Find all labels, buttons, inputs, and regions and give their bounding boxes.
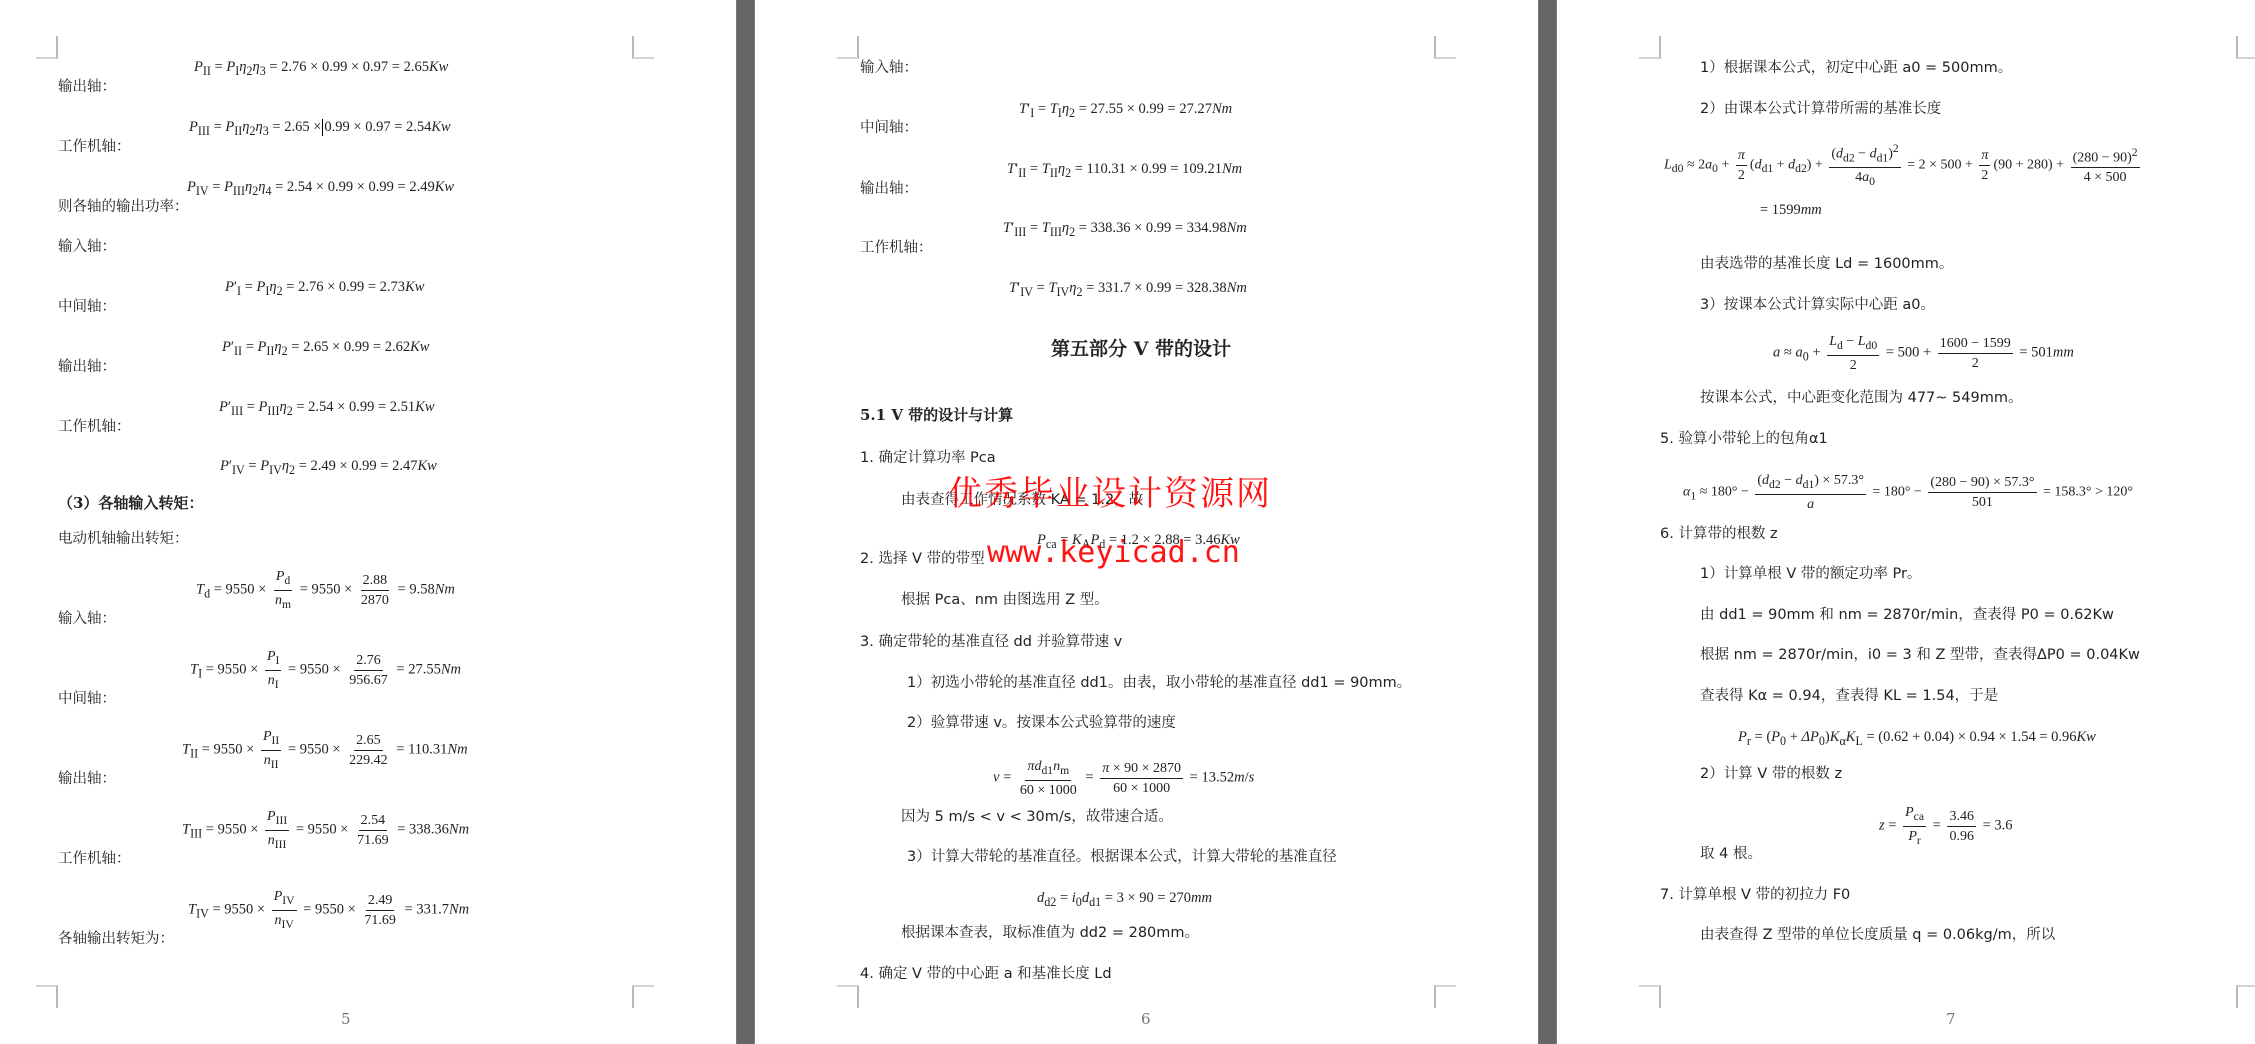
step-3-1: 1）初选小带轮的基准直径 dd1。由表，取小带轮的基准直径 dd1 = 90mm…	[907, 674, 1411, 692]
formula-t4-prime: T′IV = TIVη2 = 331.7 × 0.99 = 328.38Nm	[1009, 279, 1247, 301]
paragraph-speed-ok: 因为 5 m/s < v < 30m/s，故带速合适。	[901, 808, 1173, 826]
label-input-shaft: 输入轴：	[860, 59, 918, 77]
label-work-shaft: 工作机轴：	[860, 239, 933, 257]
formula-p2: PII = PIη2η3 = 2.76 × 0.99 × 0.97 = 2.65…	[194, 58, 448, 80]
margin-corner-mark	[1434, 985, 1456, 1008]
page-number: 6	[1141, 1010, 1151, 1028]
step-6-heading: 6. 计算带的根数 z	[1660, 525, 1778, 543]
paragraph-p0: 由 dd1 = 90mm 和 nm = 2870r/min，查表得 P0 = 0…	[1700, 606, 2114, 624]
formula-ld0-result: = 1599mm	[1760, 201, 1822, 219]
label-middle-shaft: 中间轴：	[58, 298, 116, 316]
step-4-1: 1）根据课本公式，初定中心距 a0 = 500mm。	[1700, 59, 2012, 77]
margin-corner-mark	[632, 36, 654, 59]
margin-corner-mark	[632, 985, 654, 1008]
page-gutter	[736, 0, 755, 1044]
step-4-2: 2）由课本公式计算带所需的基准长度	[1700, 100, 1941, 118]
label-input-shaft: 输入轴：	[58, 238, 116, 256]
step-4-3: 3）按课本公式计算实际中心距 a0。	[1700, 296, 1935, 314]
margin-corner-mark	[2236, 985, 2255, 1008]
margin-corner-mark	[1639, 36, 1661, 59]
formula-td: Td = 9550 × Pdnm = 9550 × 2.882870 = 9.5…	[196, 568, 455, 613]
step-5-heading: 5. 验算小带轮上的包角α1	[1660, 430, 1828, 448]
subsection-title: 5.1 V 带的设计与计算	[860, 406, 1013, 424]
margin-corner-mark	[837, 985, 859, 1008]
step-7-heading: 7. 计算单根 V 带的初拉力 F0	[1660, 886, 1850, 904]
text-cursor	[322, 119, 323, 136]
formula-t3-prime: T′III = TIIIη2 = 338.36 × 0.99 = 334.98N…	[1003, 219, 1247, 241]
paragraph-a-range: 按课本公式，中心距变化范围为 477~ 549mm。	[1700, 389, 2022, 407]
label-middle-shaft: 中间轴：	[58, 690, 116, 708]
step-2-heading: 2. 选择 V 带的带型	[860, 550, 985, 568]
label-output-shaft: 输出轴：	[58, 770, 116, 788]
document-page-6[interactable]: 输入轴： T′I = TIη2 = 27.55 × 0.99 = 27.27Nm…	[755, 0, 1538, 1044]
formula-ld0: Ld0 ≈ 2a0 + π2(dd1 + dd2) + (dd2 − dd1)2…	[1664, 140, 2143, 190]
formula-p4-prime: P′IV = PIVη2 = 2.49 × 0.99 = 2.47Kw	[220, 457, 437, 479]
margin-corner-mark	[1639, 985, 1661, 1008]
formula-t1-prime: T′I = TIη2 = 27.55 × 0.99 = 27.27Nm	[1019, 100, 1232, 122]
document-page-7[interactable]: 1）根据课本公式，初定中心距 a0 = 500mm。 2）由课本公式计算带所需的…	[1557, 0, 2255, 1044]
label-output-torque: 各轴输出转矩为：	[58, 930, 174, 948]
label-output-shaft: 输出轴：	[860, 180, 918, 198]
formula-p3: PIII = PIIη2η3 = 2.65 ×0.99 × 0.97 = 2.5…	[189, 118, 451, 140]
paragraph-delta-p0: 根据 nm = 2870r/min，i0 = 3 和 Z 型带，查表得ΔP0 =…	[1700, 646, 2140, 664]
heading-input-torque: （3）各轴输入转矩：	[58, 494, 203, 512]
formula-a: a ≈ a0 + Ld − Ld02 = 500 + 1600 − 15992 …	[1773, 333, 2074, 374]
label-output-shaft: 输出轴：	[58, 358, 116, 376]
paragraph-dd2-standard: 根据课本查表，取标准值为 dd2 = 280mm。	[901, 924, 1199, 942]
formula-v: v = πdd1nm60 × 1000 = π × 90 × 287060 × …	[993, 758, 1254, 799]
watermark-url: www.keyicad.cn	[987, 535, 1240, 570]
page-number: 7	[1946, 1010, 1956, 1028]
step-3-3: 3）计算大带轮的基准直径。根据课本公式，计算大带轮的基准直径	[907, 848, 1337, 866]
formula-t1: TI = 9550 × PInI = 9550 × 2.76956.67 = 2…	[190, 648, 461, 693]
page-gutter	[1538, 0, 1557, 1044]
label-work-shaft: 工作机轴：	[58, 850, 131, 868]
formula-p4: PIV = PIIIη2η4 = 2.54 × 0.99 × 0.99 = 2.…	[187, 178, 454, 200]
watermark-text: 优秀毕业设计资源网	[948, 466, 1272, 515]
paragraph-z-choice: 取 4 根。	[1700, 845, 1762, 863]
label-input-shaft: 输入轴：	[58, 610, 116, 628]
page-number: 5	[341, 1010, 351, 1028]
formula-alpha1: α1 ≈ 180° − (dd2 − dd1) × 57.3°a = 180° …	[1683, 472, 2133, 513]
margin-corner-mark	[2236, 36, 2255, 59]
label-work-shaft: 工作机轴：	[58, 418, 131, 436]
formula-t4: TIV = 9550 × PIVnIV = 9550 × 2.4971.69 =…	[188, 888, 469, 933]
formula-z: z = PcaPr = 3.460.96 = 3.6	[1879, 804, 2013, 849]
margin-corner-mark	[1434, 36, 1456, 59]
formula-p1-prime: P′I = PIη2 = 2.76 × 0.99 = 2.73Kw	[225, 278, 424, 300]
document-page-5[interactable]: PII = PIη2η3 = 2.76 × 0.99 × 0.97 = 2.65…	[0, 0, 736, 1044]
margin-corner-mark	[36, 36, 58, 59]
label-output-power: 则各轴的输出功率：	[58, 198, 189, 216]
paragraph-q: 由表查得 Z 型带的单位长度质量 q = 0.06kg/m，所以	[1700, 926, 2055, 944]
margin-corner-mark	[837, 36, 859, 59]
margin-corner-mark	[36, 985, 58, 1008]
formula-t3: TIII = 9550 × PIIInIII = 9550 × 2.5471.6…	[182, 808, 469, 853]
step-3-2: 2）验算带速 v。按课本公式验算带的速度	[907, 714, 1176, 732]
label-work-shaft: 工作机轴：	[58, 138, 131, 156]
formula-pr: Pr = (P0 + ΔP0)KαKL = (0.62 + 0.04) × 0.…	[1738, 728, 2096, 750]
step-3-heading: 3. 确定带轮的基准直径 dd 并验算带速 v	[860, 633, 1122, 651]
step-6-2: 2）计算 V 带的根数 z	[1700, 765, 1842, 783]
step-6-1: 1）计算单根 V 带的额定功率 Pr。	[1700, 565, 1921, 583]
label-output-shaft: 输出轴：	[58, 78, 116, 96]
step-1-heading: 1. 确定计算功率 Pca	[860, 449, 996, 467]
formula-p3-prime: P′III = PIIIη2 = 2.54 × 0.99 = 2.51Kw	[219, 398, 435, 420]
step-4-heading: 4. 确定 V 带的中心距 a 和基准长度 Ld	[860, 965, 1112, 983]
label-middle-shaft: 中间轴：	[860, 119, 918, 137]
section-title: 第五部分 V 带的设计	[1051, 340, 1231, 358]
formula-t2: TII = 9550 × PIInII = 9550 × 2.65229.42 …	[182, 728, 468, 773]
formula-p2-prime: P′II = PIIη2 = 2.65 × 0.99 = 2.62Kw	[222, 338, 429, 360]
paragraph-ld: 由表选带的基准长度 Ld = 1600mm。	[1700, 255, 1953, 273]
formula-t2-prime: T′II = TIIη2 = 110.31 × 0.99 = 109.21Nm	[1007, 160, 1242, 182]
paragraph-belt-type: 根据 Pca、nm 由图选用 Z 型。	[901, 591, 1109, 609]
label-motor-torque: 电动机轴输出转矩：	[58, 530, 189, 548]
paragraph-k-factors: 查表得 Kα = 0.94，查表得 KL = 1.54，于是	[1700, 687, 1998, 705]
formula-dd2: dd2 = i0dd1 = 3 × 90 = 270mm	[1037, 889, 1212, 911]
